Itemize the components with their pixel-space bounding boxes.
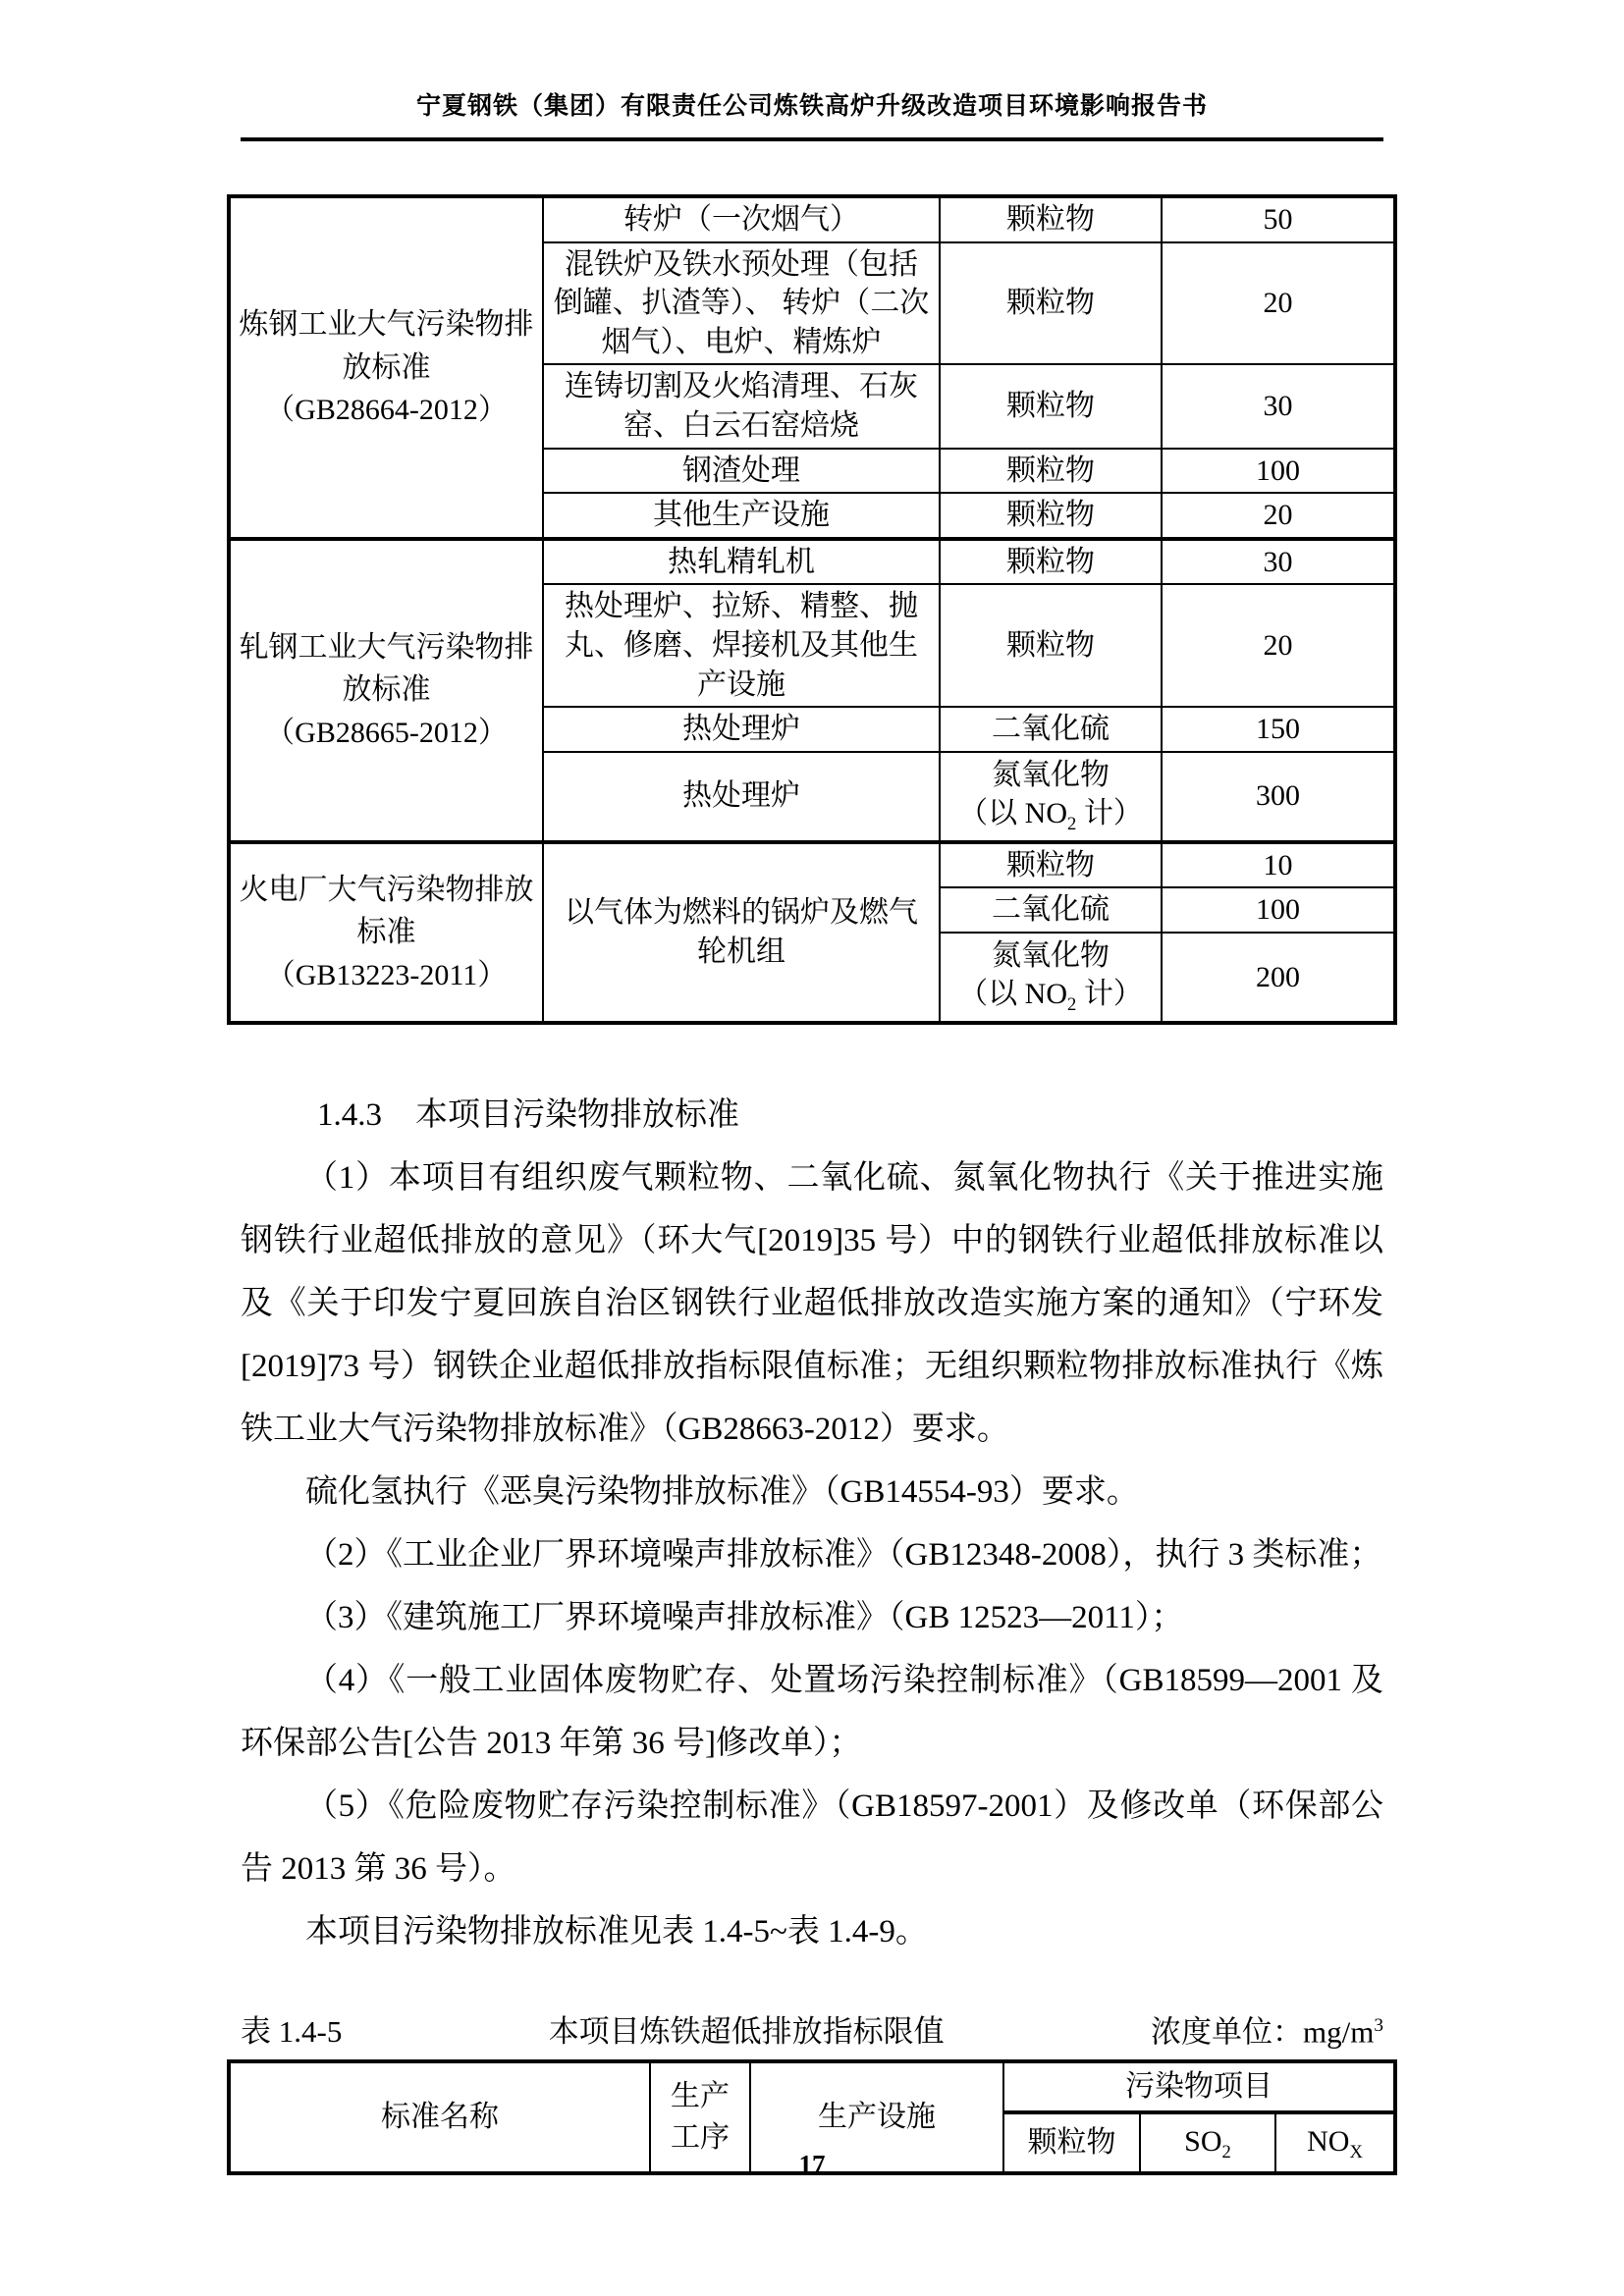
section-heading: 1.4.3本项目污染物排放标准 <box>241 1084 1383 1147</box>
pollutant-cell: 颗粒物 <box>940 364 1162 448</box>
paragraph: 硫化氢执行《恶臭污染物排放标准》（GB14554-93）要求。 <box>241 1461 1383 1523</box>
limit-cell: 300 <box>1162 752 1395 842</box>
table-row: 炼钢工业大气污染物排放标准 （GB28664-2012） 转炉（一次烟气） 颗粒… <box>229 196 1395 242</box>
facility-cell: 热处理炉 <box>543 707 940 752</box>
emission-standards-table: 炼钢工业大气污染物排放标准 （GB28664-2012） 转炉（一次烟气） 颗粒… <box>227 194 1397 1025</box>
pollutant-cell: 颗粒物 <box>940 539 1162 585</box>
facility-cell: 热处理炉、拉矫、精整、抛丸、修磨、焊接机及其他生产设施 <box>543 584 940 707</box>
limit-cell: 150 <box>1162 707 1395 752</box>
unit-text: 浓度单位：mg/m <box>1151 2014 1374 2049</box>
pollutant-cell: 二氧化硫 <box>940 887 1162 933</box>
document-title: 宁夏钢铁（集团）有限责任公司炼铁高炉升级改造项目环境影响报告书 <box>416 93 1208 120</box>
limit-cell: 10 <box>1162 842 1395 888</box>
unit-superscript: 3 <box>1374 2015 1383 2036</box>
facility-cell: 以气体为燃料的锅炉及燃气轮机组 <box>543 842 940 1023</box>
section-number: 1.4.3 <box>317 1097 382 1133</box>
pollutant-cell: 颗粒物 <box>940 449 1162 494</box>
facility-cell: 热处理炉 <box>543 752 940 842</box>
pollutant-basis: （以 NO <box>958 797 1067 829</box>
pollutant-cell: 氮氧化物（以 NO2 计） <box>940 752 1162 842</box>
pollutant-cell: 颗粒物 <box>940 493 1162 539</box>
page-number: 17 <box>0 2150 1624 2180</box>
limit-cell: 50 <box>1162 196 1395 242</box>
body-text-block: （1）本项目有组织废气颗粒物、二氧化硫、氮氧化物执行《关于推进实施钢铁行业超低排… <box>241 1147 1383 1963</box>
limit-cell: 20 <box>1162 493 1395 539</box>
pollutant-name: 氮氧化物 <box>992 759 1110 791</box>
limit-cell: 20 <box>1162 242 1395 365</box>
limit-cell: 100 <box>1162 449 1395 494</box>
table-row: 轧钢工业大气污染物排放标准 （GB28665-2012） 热轧精轧机 颗粒物 3… <box>229 539 1395 585</box>
table-row: 火电厂大气污染物排放标准 （GB13223-2011） 以气体为燃料的锅炉及燃气… <box>229 842 1395 888</box>
pollutant-cell: 颗粒物 <box>940 842 1162 888</box>
pollutant-basis-end: 计） <box>1076 797 1143 829</box>
paragraph: （5）《危险废物贮存污染控制标准》（GB18597-2001）及修改单（环保部公… <box>241 1775 1383 1900</box>
limit-cell: 200 <box>1162 933 1395 1023</box>
facility-cell: 热轧精轧机 <box>543 539 940 585</box>
section-title: 本项目污染物排放标准 <box>415 1097 739 1133</box>
no2-subscript: 2 <box>1067 994 1076 1015</box>
paragraph: （3）《建筑施工厂界环境噪声排放标准》（GB 12523—2011）； <box>241 1586 1383 1649</box>
header-pollutant-group: 污染物项目 <box>1003 2061 1395 2112</box>
standard-name-cell: 轧钢工业大气污染物排放标准 （GB28665-2012） <box>229 539 543 842</box>
limit-cell: 30 <box>1162 539 1395 585</box>
facility-cell: 连铸切割及火焰清理、石灰窑、白云石窑焙烧 <box>543 364 940 448</box>
table2-caption: 表 1.4-5 本项目炼铁超低排放指标限值 浓度单位：mg/m3 <box>241 2004 1383 2054</box>
facility-cell: 其他生产设施 <box>543 493 940 539</box>
pollutant-cell: 颗粒物 <box>940 242 1162 365</box>
table2-caption-unit: 浓度单位：mg/m3 <box>1151 2004 1383 2054</box>
paragraph: （4）《一般工业固体废物贮存、处置场污染控制标准》（GB18599—2001 及… <box>241 1649 1383 1775</box>
pollutant-cell: 颗粒物 <box>940 584 1162 707</box>
facility-cell: 混铁炉及铁水预处理（包括倒罐、扒渣等）、 转炉（二次烟气）、电炉、精炼炉 <box>543 242 940 365</box>
pollutant-basis-end: 计） <box>1076 978 1143 1010</box>
pollutant-cell: 二氧化硫 <box>940 707 1162 752</box>
no2-subscript: 2 <box>1067 814 1076 834</box>
pollutant-name: 氮氧化物 <box>992 939 1110 972</box>
document-page: 宁夏钢铁（集团）有限责任公司炼铁高炉升级改造项目环境影响报告书 炼钢工业大气污染… <box>0 0 1624 2296</box>
pollutant-cell: 颗粒物 <box>940 196 1162 242</box>
pollutant-basis: （以 NO <box>958 978 1067 1010</box>
paragraph: （2）《工业企业厂界环境噪声排放标准》（GB12348-2008），执行 3 类… <box>241 1523 1383 1586</box>
limit-cell: 20 <box>1162 584 1395 707</box>
limit-cell: 100 <box>1162 887 1395 933</box>
table-header-row: 标准名称 生产工序 生产设施 污染物项目 <box>229 2061 1395 2112</box>
standard-name-cell: 炼钢工业大气污染物排放标准 （GB28664-2012） <box>229 196 543 539</box>
standard-name-cell: 火电厂大气污染物排放标准 （GB13223-2011） <box>229 842 543 1023</box>
paragraph: （1）本项目有组织废气颗粒物、二氧化硫、氮氧化物执行《关于推进实施钢铁行业超低排… <box>241 1147 1383 1461</box>
table2-caption-label: 表 1.4-5 <box>241 2010 342 2054</box>
page-header: 宁夏钢铁（集团）有限责任公司炼铁高炉升级改造项目环境影响报告书 <box>241 0 1383 141</box>
facility-cell: 钢渣处理 <box>543 449 940 494</box>
table2-caption-title: 本项目炼铁超低排放指标限值 <box>342 2010 1151 2054</box>
limit-cell: 30 <box>1162 364 1395 448</box>
paragraph: 本项目污染物排放标准见表 1.4-5~表 1.4-9。 <box>241 1900 1383 1963</box>
facility-cell: 转炉（一次烟气） <box>543 196 940 242</box>
pollutant-cell: 氮氧化物（以 NO2 计） <box>940 933 1162 1023</box>
